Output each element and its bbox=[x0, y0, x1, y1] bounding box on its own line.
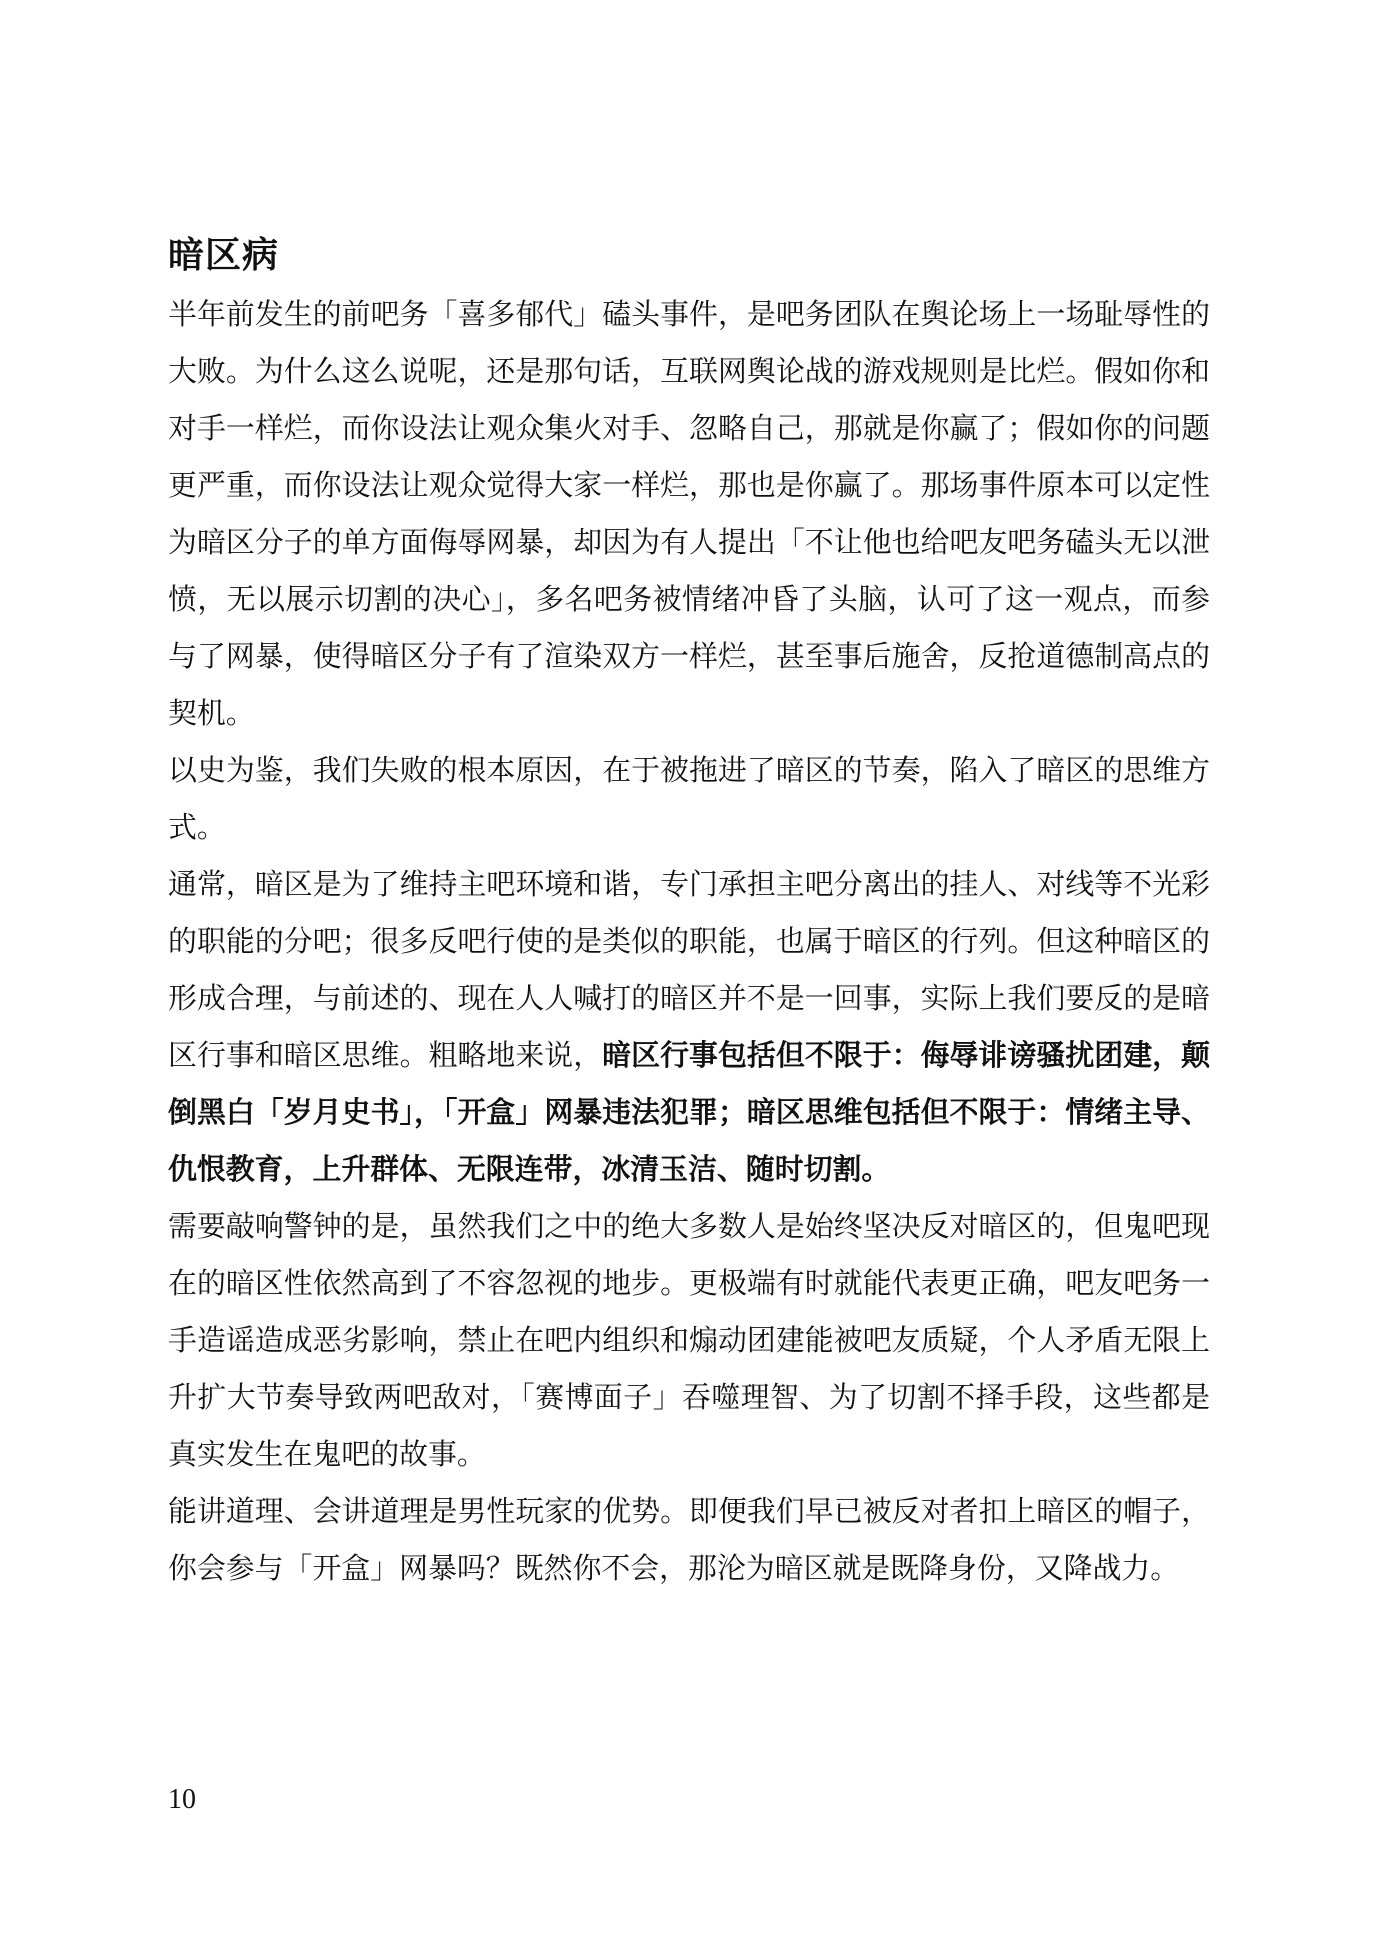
paragraph-3: 通常，暗区是为了维持主吧环境和谐，专门承担主吧分离出的挂人、对线等不光彩的职能的… bbox=[168, 856, 1210, 1198]
paragraph-5: 能讲道理、会讲道理是男性玩家的优势。即便我们早已被反对者扣上暗区的帽子，你会参与… bbox=[168, 1483, 1210, 1597]
paragraph-2: 以史为鉴，我们失败的根本原因，在于被拖进了暗区的节奏，陷入了暗区的思维方式。 bbox=[168, 742, 1210, 856]
paragraph-text: 以史为鉴，我们失败的根本原因，在于被拖进了暗区的节奏，陷入了暗区的思维方式。 bbox=[168, 753, 1210, 844]
section-title: 暗区病 bbox=[168, 232, 1210, 280]
paragraph-text: 能讲道理、会讲道理是男性玩家的优势。即便我们早已被反对者扣上暗区的帽子，你会参与… bbox=[168, 1494, 1210, 1585]
paragraph-1: 半年前发生的前吧务「喜多郁代」磕头事件，是吧务团队在舆论场上一场耻辱性的大败。为… bbox=[168, 286, 1210, 742]
document-page: 暗区病 半年前发生的前吧务「喜多郁代」磕头事件，是吧务团队在舆论场上一场耻辱性的… bbox=[168, 232, 1210, 1597]
paragraph-4: 需要敲响警钟的是，虽然我们之中的绝大多数人是始终坚决反对暗区的，但鬼吧现在的暗区… bbox=[168, 1198, 1210, 1483]
page-number: 10 bbox=[168, 1784, 196, 1816]
paragraph-text: 需要敲响警钟的是，虽然我们之中的绝大多数人是始终坚决反对暗区的，但鬼吧现在的暗区… bbox=[168, 1209, 1210, 1471]
paragraph-text: 半年前发生的前吧务「喜多郁代」磕头事件，是吧务团队在舆论场上一场耻辱性的大败。为… bbox=[168, 297, 1210, 730]
